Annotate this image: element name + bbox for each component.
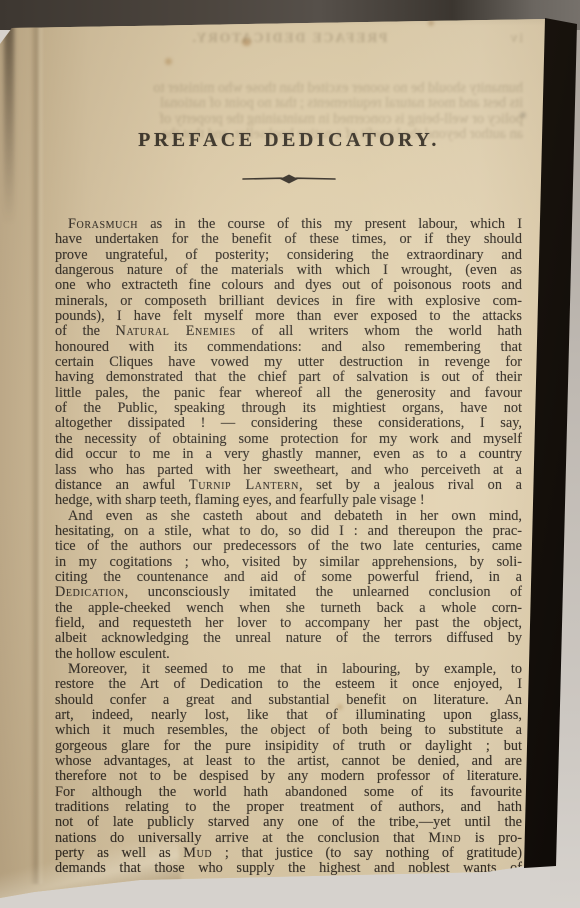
text-line: in my cogitations ; who, visited by simi…: [55, 555, 522, 570]
text-segment: honoured with its commendations: and als…: [55, 339, 522, 355]
text-line: hesitating, on a stile, what to do, so d…: [55, 524, 522, 539]
text-line: prove ungrateful, of posterity; consider…: [55, 248, 522, 263]
book-page: iv PREFACE DEDICATORY. humanity should b…: [0, 0, 580, 908]
text-segment: the necessity of obtaining some protecti…: [55, 431, 522, 447]
text-line: did occur to me in a very ghastly manner…: [55, 447, 522, 462]
text-segment: For although the world hath abandoned so…: [55, 784, 522, 800]
text-segment: should confer a great and substantial be…: [55, 692, 522, 708]
text-segment: distance an awful: [55, 477, 189, 493]
text-segment: And even as she casteth about and debate…: [68, 508, 522, 524]
small-caps-text: Forasmuch: [68, 216, 138, 232]
small-caps-text: Natural Enemies: [116, 323, 236, 339]
small-caps-text: Mind: [428, 830, 461, 846]
text-line: art, indeed, nearly lost, like that of i…: [55, 708, 522, 723]
text-line: And even as she casteth about and debate…: [55, 509, 522, 524]
foxing-stain: [337, 704, 343, 710]
ornament-divider: [55, 172, 523, 190]
text-segment: restore the Art of Dedication to the est…: [55, 676, 522, 692]
divider-rule-icon: [241, 173, 337, 185]
text-line: For although the world hath abandoned so…: [55, 785, 522, 800]
page-curl-highlight: [0, 838, 182, 901]
text-line: having demonstrated that the chief part …: [55, 370, 522, 385]
text-line: altogether dissipated ! — considering th…: [55, 416, 522, 431]
text-segment: certain Cliques have vowed my utter dest…: [55, 354, 522, 370]
text-segment: , set by a jealous rival on a: [299, 477, 522, 493]
text-segment: of the: [55, 323, 116, 339]
text-line: which it much resembles, the object of b…: [55, 723, 522, 738]
text-line: of the Public, speaking through its migh…: [55, 401, 522, 416]
text-segment: art, indeed, nearly lost, like that of i…: [55, 707, 522, 723]
text-segment: whose advantages, at least to the artist…: [55, 753, 522, 769]
text-line: gorgeous glare for the pure insipidity o…: [55, 739, 522, 754]
text-line: albeit acknowledging the unreal nature o…: [55, 631, 522, 646]
text-segment: lass who has parted with her sweetheart,…: [55, 462, 522, 478]
text-segment: albeit acknowledging the unreal nature o…: [55, 630, 522, 646]
text-segment: tice of the authors our predecessors of …: [55, 538, 522, 554]
text-segment: dangerous nature of the materials with w…: [55, 262, 522, 278]
text-line: not of late publicly starved any one of …: [55, 815, 522, 830]
text-line: hedge, with sharp teeth, flaming eyes, a…: [55, 493, 522, 508]
text-line: distance an awful Turnip Lantern, set by…: [55, 478, 522, 493]
text-line: pounds), I have felt myself more than ev…: [55, 309, 522, 324]
text-line: honoured with its commendations: and als…: [55, 340, 522, 355]
text-segment: in my cogitations ; who, visited by simi…: [55, 554, 522, 570]
text-segment: is pro-: [461, 830, 522, 846]
showthrough-line: an author beyond the benefit of a native…: [55, 127, 523, 142]
text-line: the hollow esculent.: [55, 647, 522, 662]
small-caps-text: Mud: [183, 845, 212, 861]
text-line: should confer a great and substantial be…: [55, 693, 522, 708]
text-segment: did occur to me in a very ghastly manner…: [55, 446, 522, 462]
showthrough-line: policy or well-being is concerned in mai…: [55, 112, 523, 127]
book-photo: iv PREFACE DEDICATORY. humanity should b…: [0, 0, 580, 908]
showthrough-lines: humanity should be no sooner excited tha…: [55, 81, 523, 142]
text-line: one who extracteth fine colours and dyes…: [55, 278, 522, 293]
text-segment: , unconsciously imitated the unlearned c…: [125, 584, 522, 600]
text-segment: have undertaken for the benefit of these…: [55, 231, 522, 247]
text-segment: not of late publicly starved any one of …: [55, 814, 522, 830]
text-line: certain Cliques have vowed my utter dest…: [55, 355, 522, 370]
text-segment: ; that justice (to say nothing of gratit…: [212, 845, 522, 861]
text-segment: one who extracteth fine colours and dyes…: [55, 277, 522, 293]
text-line: perty as well as Mud ; that justice (to …: [55, 846, 522, 861]
text-line: the apple-cheeked wench when she turneth…: [55, 601, 522, 616]
text-segment: perty as well as: [55, 845, 183, 861]
text-segment: having demonstrated that the chief part …: [55, 369, 522, 385]
text-line: of the Natural Enemies of all writers wh…: [55, 324, 522, 339]
text-line: the necessity of obtaining some protecti…: [55, 432, 522, 447]
showthrough-header: iv PREFACE DEDICATORY.: [55, 30, 523, 46]
text-segment: pounds), I have felt myself more than ev…: [55, 308, 522, 324]
page-title: PREFACE DEDICATORY.: [55, 129, 523, 152]
text-segment: Moreover, it seemed to me that in labour…: [68, 661, 522, 677]
text-segment: of all writers whom the world hath: [236, 323, 522, 339]
text-line: field, and requesteth her lover to accom…: [55, 616, 522, 631]
text-line: citing the countenance and aid of some p…: [55, 570, 522, 585]
foxing-stain: [242, 38, 251, 46]
text-segment: the hollow esculent.: [55, 646, 170, 662]
text-segment: demands that those who supply the highes…: [55, 860, 522, 876]
text-line: Moreover, it seemed to me that in labour…: [55, 662, 522, 677]
text-line: therefore not to be despised by any mode…: [55, 769, 522, 784]
text-segment: which it much resembles, the object of b…: [55, 722, 522, 738]
text-segment: field, and requesteth her lover to accom…: [55, 615, 522, 631]
text-line: Dedication, unconsciously imitated the u…: [55, 585, 522, 600]
text-line: minerals, or composeth brilliant devices…: [55, 294, 522, 309]
text-segment: prove ungrateful, of posterity; consider…: [55, 247, 522, 263]
text-segment: citing the countenance and aid of some p…: [55, 569, 522, 585]
text-line: traditions relating to the proper treatm…: [55, 800, 522, 815]
showthrough-page-number: iv: [483, 30, 523, 46]
text-segment: as in the course of this my present labo…: [138, 216, 522, 232]
text-line: lass who has parted with her sweetheart,…: [55, 463, 522, 478]
gutter-crease: [30, 24, 44, 884]
showthrough-title: PREFACE DEDICATORY.: [95, 30, 483, 46]
foxing-stain: [520, 112, 526, 118]
reverse-page-showthrough: iv PREFACE DEDICATORY. humanity should b…: [55, 30, 523, 142]
text-segment: nations do universally arrive at the con…: [55, 830, 428, 846]
text-line: restore the Art of Dedication to the est…: [55, 677, 522, 692]
small-caps-text: Dedication: [55, 584, 125, 600]
small-caps-text: Turnip Lantern: [189, 477, 299, 493]
showthrough-line: humanity should be no sooner excited tha…: [55, 81, 523, 96]
text-line: Forasmuch as in the course of this my pr…: [55, 217, 522, 232]
text-segment: of the Public, speaking through its migh…: [55, 400, 522, 416]
text-segment: little pales, the panic fear whereof all…: [55, 385, 522, 401]
foxing-stain: [165, 58, 172, 65]
text-block: Forasmuch as in the course of this my pr…: [55, 217, 522, 877]
showthrough-line: its best and most natural requirements ;…: [55, 96, 523, 111]
text-line: whose advantages, at least to the artist…: [55, 754, 522, 769]
text-segment: the apple-cheeked wench when she turneth…: [55, 600, 522, 616]
text-line: have undertaken for the benefit of these…: [55, 232, 522, 247]
text-segment: hesitating, on a stile, what to do, so d…: [55, 523, 522, 539]
text-segment: altogether dissipated ! — considering th…: [55, 415, 522, 431]
text-segment: gorgeous glare for the pure insipidity o…: [55, 738, 522, 754]
text-line: nations do universally arrive at the con…: [55, 831, 522, 846]
spine-shadow: [4, 24, 14, 224]
text-line: dangerous nature of the materials with w…: [55, 263, 522, 278]
text-segment: minerals, or composeth brilliant devices…: [55, 293, 522, 309]
text-segment: therefore not to be despised by any mode…: [55, 768, 522, 784]
text-line: tice of the authors our predecessors of …: [55, 539, 522, 554]
text-segment: hedge, with sharp teeth, flaming eyes, a…: [55, 492, 425, 508]
text-line: demands that those who supply the highes…: [55, 861, 522, 876]
text-line: little pales, the panic fear whereof all…: [55, 386, 522, 401]
text-segment: traditions relating to the proper treatm…: [55, 799, 522, 815]
